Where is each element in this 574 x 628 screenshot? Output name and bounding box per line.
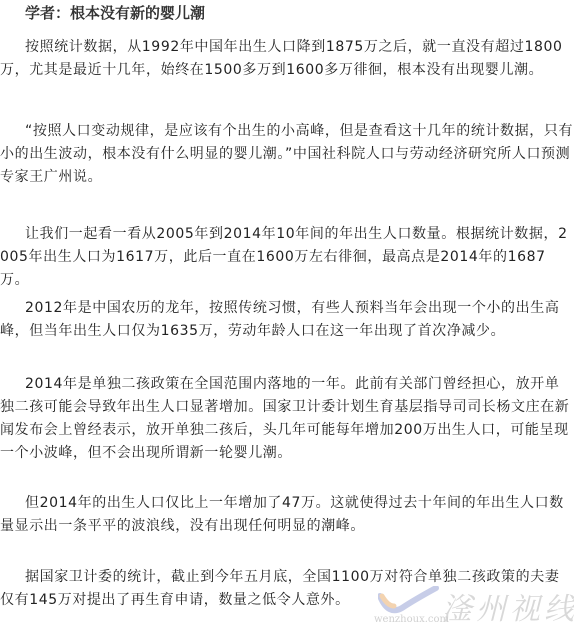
paragraph-7: 据国家卫计委的统计，截止到今年五月底，全国1100万对符合单独二孩政策的夫妻仅有… (0, 566, 574, 612)
paragraph-2: “按照人口变动规律，是应该有个出生的小高峰，但是查看这十几年的统计数据，只有小的… (0, 120, 574, 189)
article-headline: 学者：根本没有新的婴儿潮 (25, 2, 205, 23)
watermark-url: wenzhoux.com (374, 614, 449, 625)
paragraph-6: 但2014年的出生人口仅比上一年增加了47万。这就使得过去十年间的年出生人口数量… (0, 492, 574, 538)
paragraph-3: 让我们一起看一看从2005年到2014年10年间的年出生人口数量。根据统计数据，… (0, 223, 574, 292)
paragraph-4: 2012年是中国农历的龙年，按照传统习惯，有些人预料当年会出现一个小的出生高峰，… (0, 297, 574, 343)
paragraph-1: 按照统计数据，从1992年中国年出生人口降到1875万之后，就一直没有超过180… (0, 36, 574, 82)
paragraph-5: 2014年是单独二孩政策在全国范围内落地的一年。此前有关部门曾经担心，放开单独二… (0, 373, 574, 465)
